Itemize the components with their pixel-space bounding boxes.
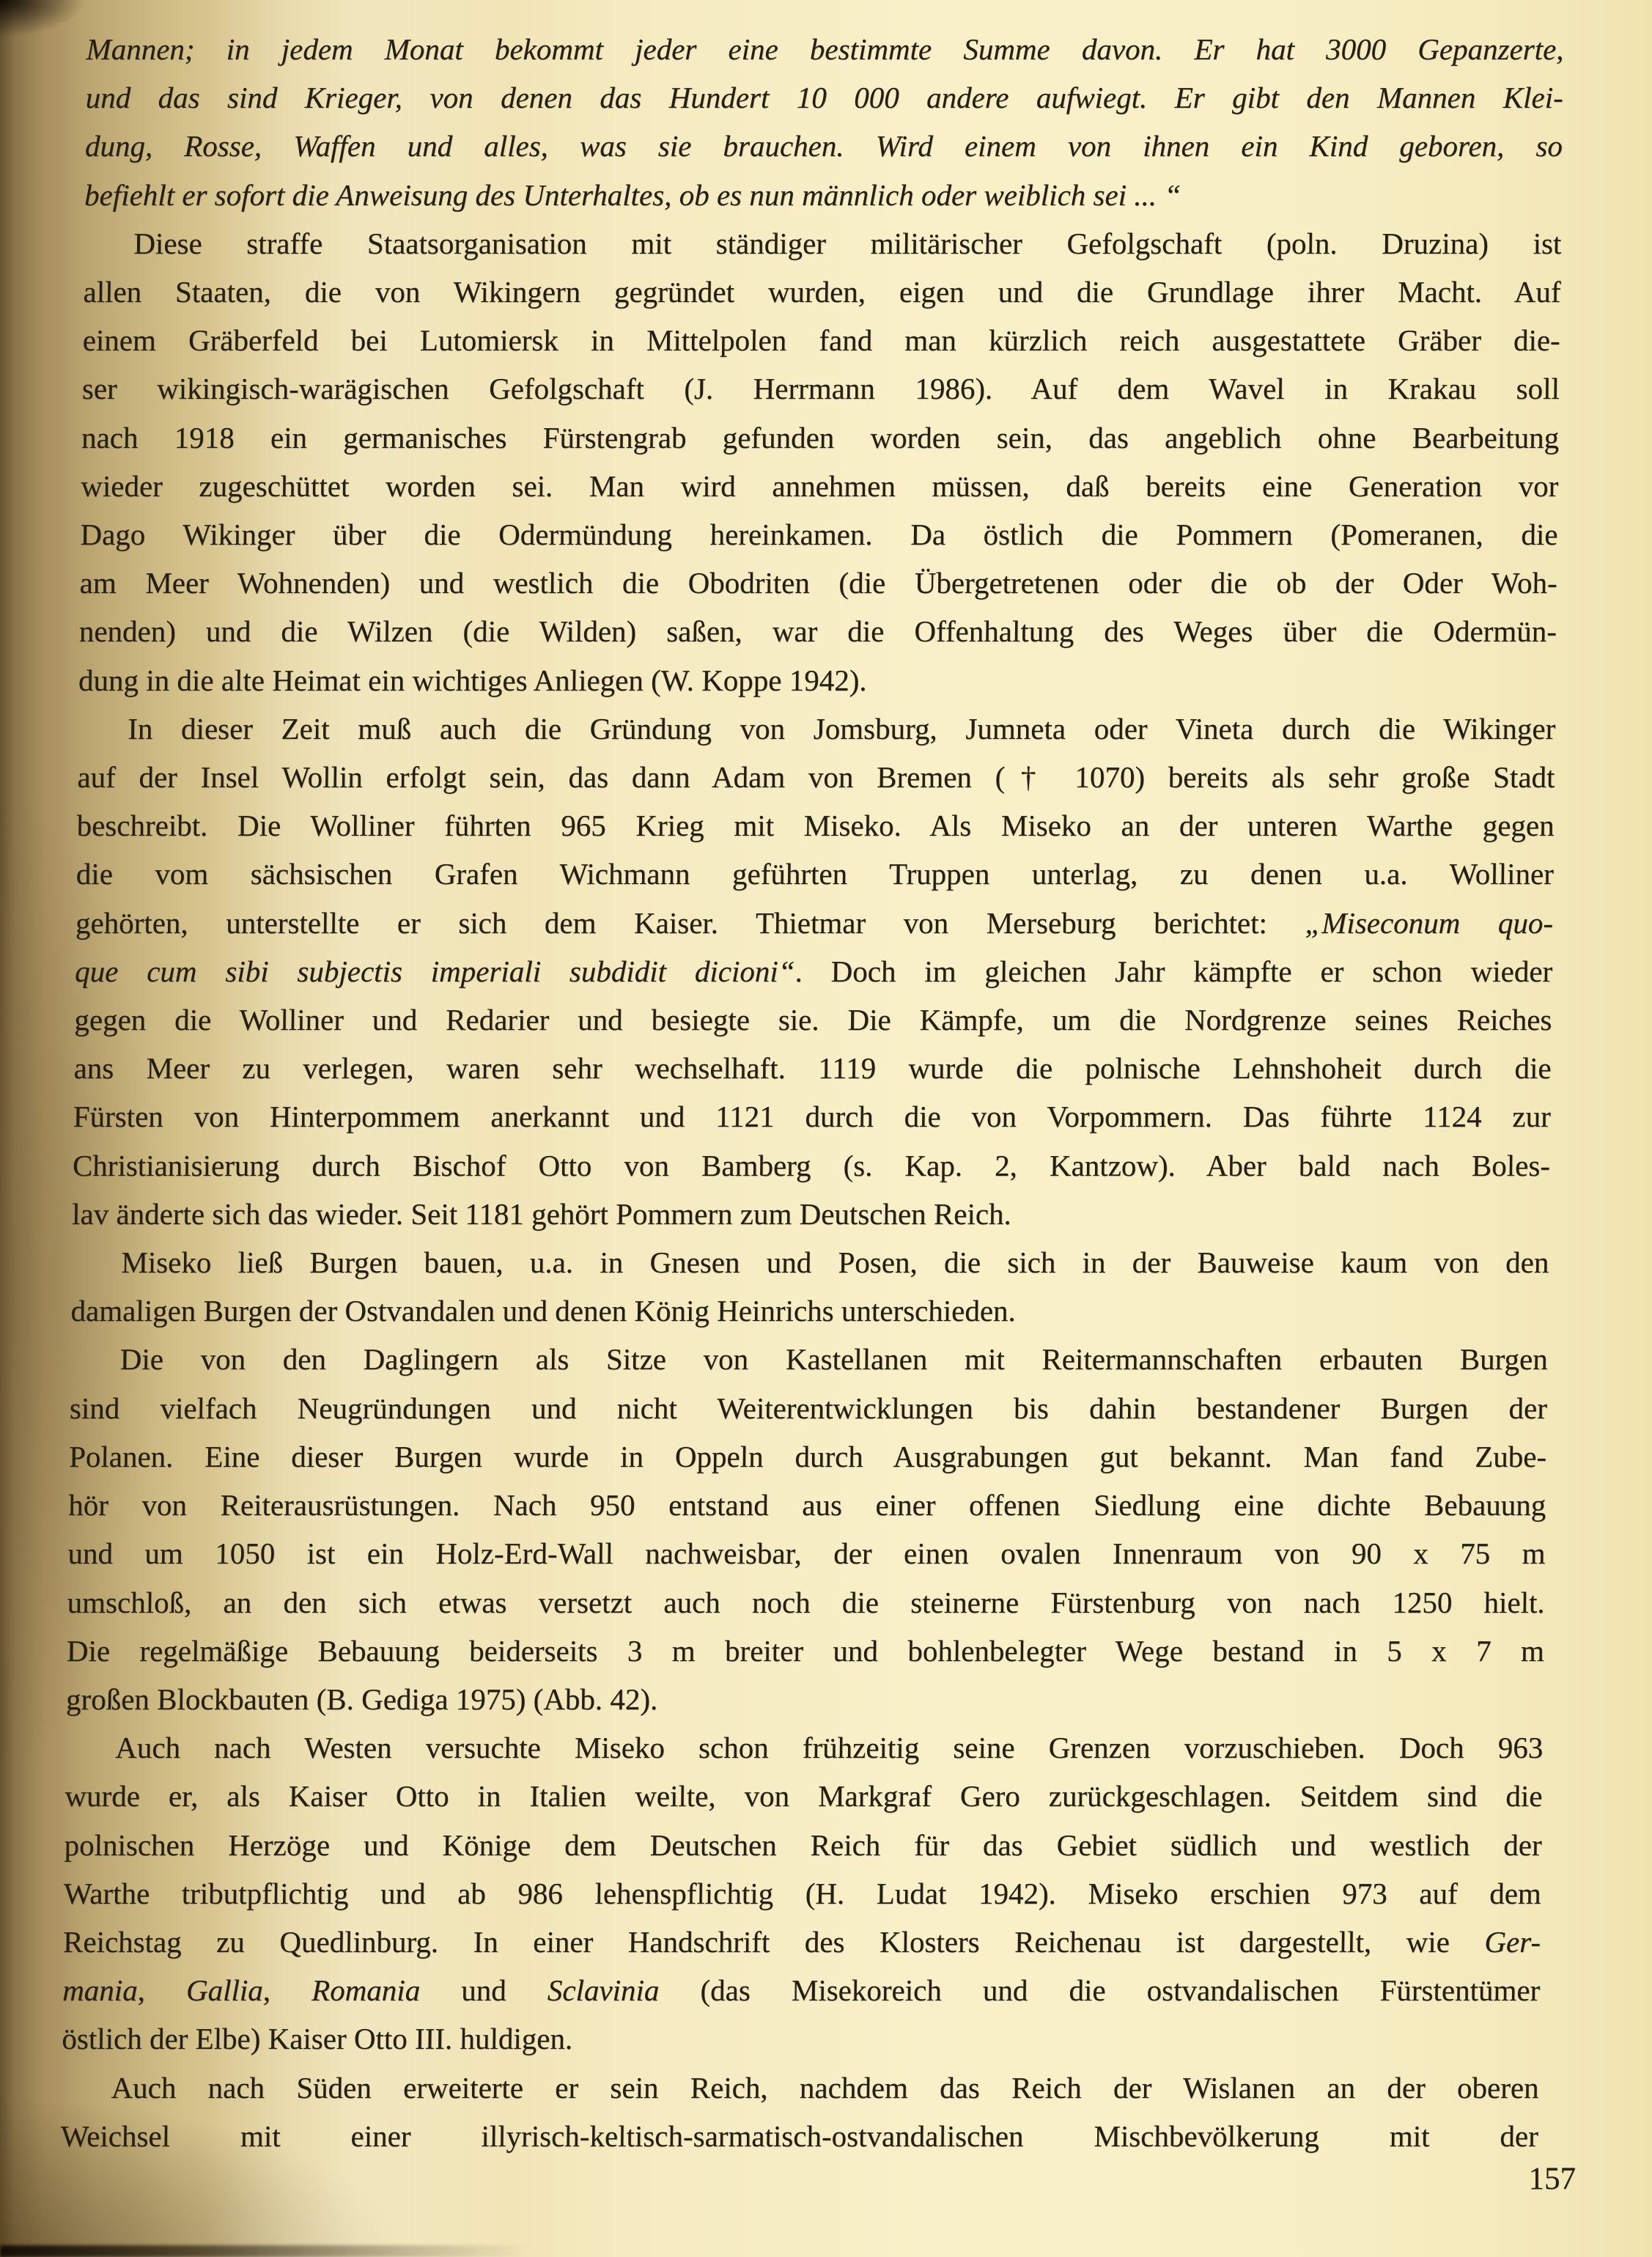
text-line: Miseko ließ Burgen bauen, u.a. in Gnesen… (71, 1238, 1549, 1286)
text-segment: nenden) und die Wilzen (die Wilden) saße… (79, 614, 1557, 648)
text-line: polnischen Herzöge und Könige dem Deutsc… (64, 1821, 1542, 1869)
text-line: Fürsten von Hinterpommem anerkannt und 1… (73, 1092, 1551, 1141)
text-segment: einem Gräberfeld bei Lutomiersk in Mitte… (82, 323, 1560, 357)
text-line: Warthe tributpflichtig und ab 986 lehens… (63, 1869, 1541, 1918)
text-segment: Reichstag zu Quedlinburg. In einer Hands… (63, 1925, 1485, 1959)
text-segment: Warthe tributpflichtig und ab 986 lehens… (64, 1877, 1542, 1910)
text-line: östlich der Elbe) Kaiser Otto III. huldi… (62, 2014, 1540, 2063)
text-line: lav änderte sich das wieder. Seit 1181 g… (72, 1190, 1550, 1238)
text-line: die vom sächsischen Grafen Wichmann gefü… (75, 850, 1554, 898)
italic-text-segment: Mannen; in jedem Monat bekommt jeder ein… (86, 32, 1564, 66)
text-segment: Polanen. Eine dieser Burgen wurde in Opp… (69, 1440, 1547, 1473)
text-line: dung in die alte Heimat ein wichtiges An… (78, 656, 1557, 704)
text-line: dung, Rosse, Waffen und alles, was sie b… (85, 122, 1563, 170)
text-line: hör von Reiterausrüstungen. Nach 950 ent… (68, 1481, 1546, 1529)
text-line: befiehlt er sofort die Anweisung des Unt… (84, 171, 1563, 219)
text-segment: Auch nach Westen versuchte Miseko schon … (115, 1731, 1544, 1764)
text-line: auf der Insel Wollin erfolgt sein, das d… (77, 753, 1555, 801)
text-segment: , (263, 1973, 312, 2007)
text-line: ser wikingisch-warägischen Gefolgschaft … (82, 364, 1560, 413)
text-line: In dieser Zeit muß auch die Gründung von… (78, 704, 1556, 753)
text-segment: sind vielfach Neugründungen und nicht We… (70, 1391, 1548, 1425)
text-line: mania, Gallia, Romania und Sclavinia (da… (62, 1966, 1541, 2014)
text-segment: am Meer Wohnenden) und westlich die Obod… (79, 566, 1557, 600)
text-line: Mannen; in jedem Monat bekommt jeder ein… (86, 25, 1564, 73)
text-segment: Weichsel mit einer illyrisch-keltisch-sa… (61, 2119, 1539, 2153)
text-segment: allen Staaten, die von Wikingern gegründ… (83, 275, 1561, 309)
text-segment: Die regelmäßige Bebauung beiderseits 3 m… (67, 1634, 1545, 1668)
italic-text-segment: befiehlt er sofort die Anweisung des Unt… (84, 178, 1181, 212)
text-line: nenden) und die Wilzen (die Wilden) saße… (78, 607, 1557, 655)
italic-text-segment: Romania (311, 1973, 421, 2007)
text-line: Diese straffe Staatsorganisation mit stä… (84, 219, 1562, 268)
text-line: allen Staaten, die von Wikingern gegründ… (83, 268, 1561, 316)
text-segment: , (137, 1973, 186, 2007)
italic-text-segment: Sclavinia (547, 1973, 660, 2007)
text-segment: ans Meer zu verlegen, waren sehr wechsel… (73, 1051, 1552, 1085)
text-line: gegen die Wolliner und Redarier und besi… (74, 995, 1552, 1044)
text-segment: Christianisierung durch Bischof Otto von… (73, 1149, 1551, 1182)
text-segment: auf der Insel Wollin erfolgt sein, das d… (77, 760, 1555, 794)
text-line: großen Blockbauten (B. Gediga 1975) (Abb… (66, 1675, 1544, 1723)
page-number: 157 (1455, 2161, 1576, 2197)
text-segment: polnischen Herzöge und Könige dem Deutsc… (64, 1828, 1542, 1862)
text-segment: ser wikingisch-warägischen Gefolgschaft … (82, 372, 1560, 405)
text-line: damaligen Burgen der Ostvandalen und den… (70, 1286, 1549, 1335)
text-line: am Meer Wohnenden) und westlich die Obod… (79, 559, 1557, 607)
text-segment: damaligen Burgen der Ostvandalen und den… (70, 1294, 1016, 1328)
text-line: einem Gräberfeld bei Lutomiersk in Mitte… (82, 316, 1560, 364)
text-segment: wieder zugeschüttet worden sei. Man wird… (81, 469, 1559, 503)
text-segment: gehörten, unterstellte er sich dem Kaise… (75, 906, 1305, 940)
text-segment: Diese straffe Staatsorganisation mit stä… (133, 227, 1562, 260)
text-line: wieder zugeschüttet worden sei. Man wird… (81, 462, 1559, 510)
italic-text-segment: que cum sibi subjectis imperiali subdidi… (75, 954, 795, 988)
text-segment: Auch nach Süden erweiterte er sein Reich… (111, 2071, 1539, 2105)
text-segment: wurde er, als Kaiser Otto in Italien wei… (64, 1779, 1543, 1813)
italic-text-segment: „Miseconum quo- (1305, 906, 1553, 940)
text-segment: und um 1050 ist ein Holz-Erd-Wall nachwe… (67, 1536, 1546, 1570)
text-segment: lav änderte sich das wieder. Seit 1181 g… (72, 1197, 1011, 1231)
text-line: und um 1050 ist ein Holz-Erd-Wall nachwe… (67, 1529, 1546, 1577)
text-line: sind vielfach Neugründungen und nicht We… (70, 1384, 1548, 1432)
text-line: umschloß, an den sich etwas versetzt auc… (67, 1578, 1545, 1627)
italic-text-segment: mania (62, 1973, 138, 2007)
italic-text-segment: und das sind Krieger, von denen das Hund… (86, 81, 1564, 114)
text-segment: nach 1918 ein germanisches Fürstengrab g… (81, 421, 1560, 454)
italic-text-segment: Ger- (1484, 1925, 1541, 1959)
text-segment: Die von den Daglingern als Sitze von Kas… (119, 1342, 1548, 1376)
text-segment: dung in die alte Heimat ein wichtiges An… (78, 663, 867, 697)
text-segment: In dieser Zeit muß auch die Gründung von… (128, 712, 1556, 745)
text-segment: umschloß, an den sich etwas versetzt auc… (67, 1586, 1545, 1619)
italic-text-segment: dung, Rosse, Waffen und alles, was sie b… (85, 129, 1563, 163)
text-line: Weichsel mit einer illyrisch-keltisch-sa… (60, 2112, 1538, 2160)
text-segment: gegen die Wolliner und Redarier und besi… (74, 1003, 1552, 1037)
text-segment: die vom sächsischen Grafen Wichmann gefü… (76, 857, 1555, 891)
page-text-block: Mannen; in jedem Monat bekommt jeder ein… (60, 25, 1564, 2160)
text-line: gehörten, unterstellte er sich dem Kaise… (75, 899, 1554, 947)
scanned-book-page: Mannen; in jedem Monat bekommt jeder ein… (0, 0, 1652, 2257)
text-segment: Miseko ließ Burgen bauen, u.a. in Gnesen… (121, 1245, 1549, 1279)
text-segment: beschreibt. Die Wolliner führten 965 Kri… (76, 809, 1555, 842)
text-line: Die regelmäßige Bebauung beiderseits 3 m… (66, 1627, 1544, 1675)
text-line: Reichstag zu Quedlinburg. In einer Hands… (63, 1918, 1541, 1966)
text-line: beschreibt. Die Wolliner führten 965 Kri… (76, 801, 1555, 850)
text-segment: . Doch im gleichen Jahr kämpfte er schon… (794, 954, 1552, 988)
text-line: nach 1918 ein germanisches Fürstengrab g… (81, 413, 1560, 462)
text-segment: (das Misekoreich und die ostvandalischen… (659, 1973, 1540, 2007)
text-line: Dago Wikinger über die Odermündung herei… (80, 510, 1558, 559)
text-line: wurde er, als Kaiser Otto in Italien wei… (64, 1772, 1543, 1820)
text-line: Christianisierung durch Bischof Otto von… (73, 1141, 1551, 1190)
text-segment: großen Blockbauten (B. Gediga 1975) (Abb… (66, 1682, 658, 1716)
text-line: que cum sibi subjectis imperiali subdidi… (75, 947, 1553, 995)
text-line: Polanen. Eine dieser Burgen wurde in Opp… (69, 1432, 1547, 1481)
text-segment: Fürsten von Hinterpommem anerkannt und 1… (73, 1100, 1552, 1133)
text-line: und das sind Krieger, von denen das Hund… (85, 73, 1563, 122)
text-segment: östlich der Elbe) Kaiser Otto III. huldi… (62, 2022, 572, 2055)
italic-text-segment: Gallia (186, 1973, 263, 2007)
text-line: Auch nach Westen versuchte Miseko schon … (65, 1723, 1544, 1772)
text-segment: Dago Wikinger über die Odermündung herei… (80, 518, 1558, 551)
text-segment: hör von Reiterausrüstungen. Nach 950 ent… (68, 1488, 1546, 1522)
text-line: Auch nach Süden erweiterte er sein Reich… (61, 2063, 1539, 2112)
text-line: ans Meer zu verlegen, waren sehr wechsel… (73, 1044, 1552, 1092)
text-line: Die von den Daglingern als Sitze von Kas… (70, 1335, 1548, 1383)
text-segment: und (420, 1973, 547, 2007)
scan-edge-bottom-shadow (0, 2245, 528, 2257)
